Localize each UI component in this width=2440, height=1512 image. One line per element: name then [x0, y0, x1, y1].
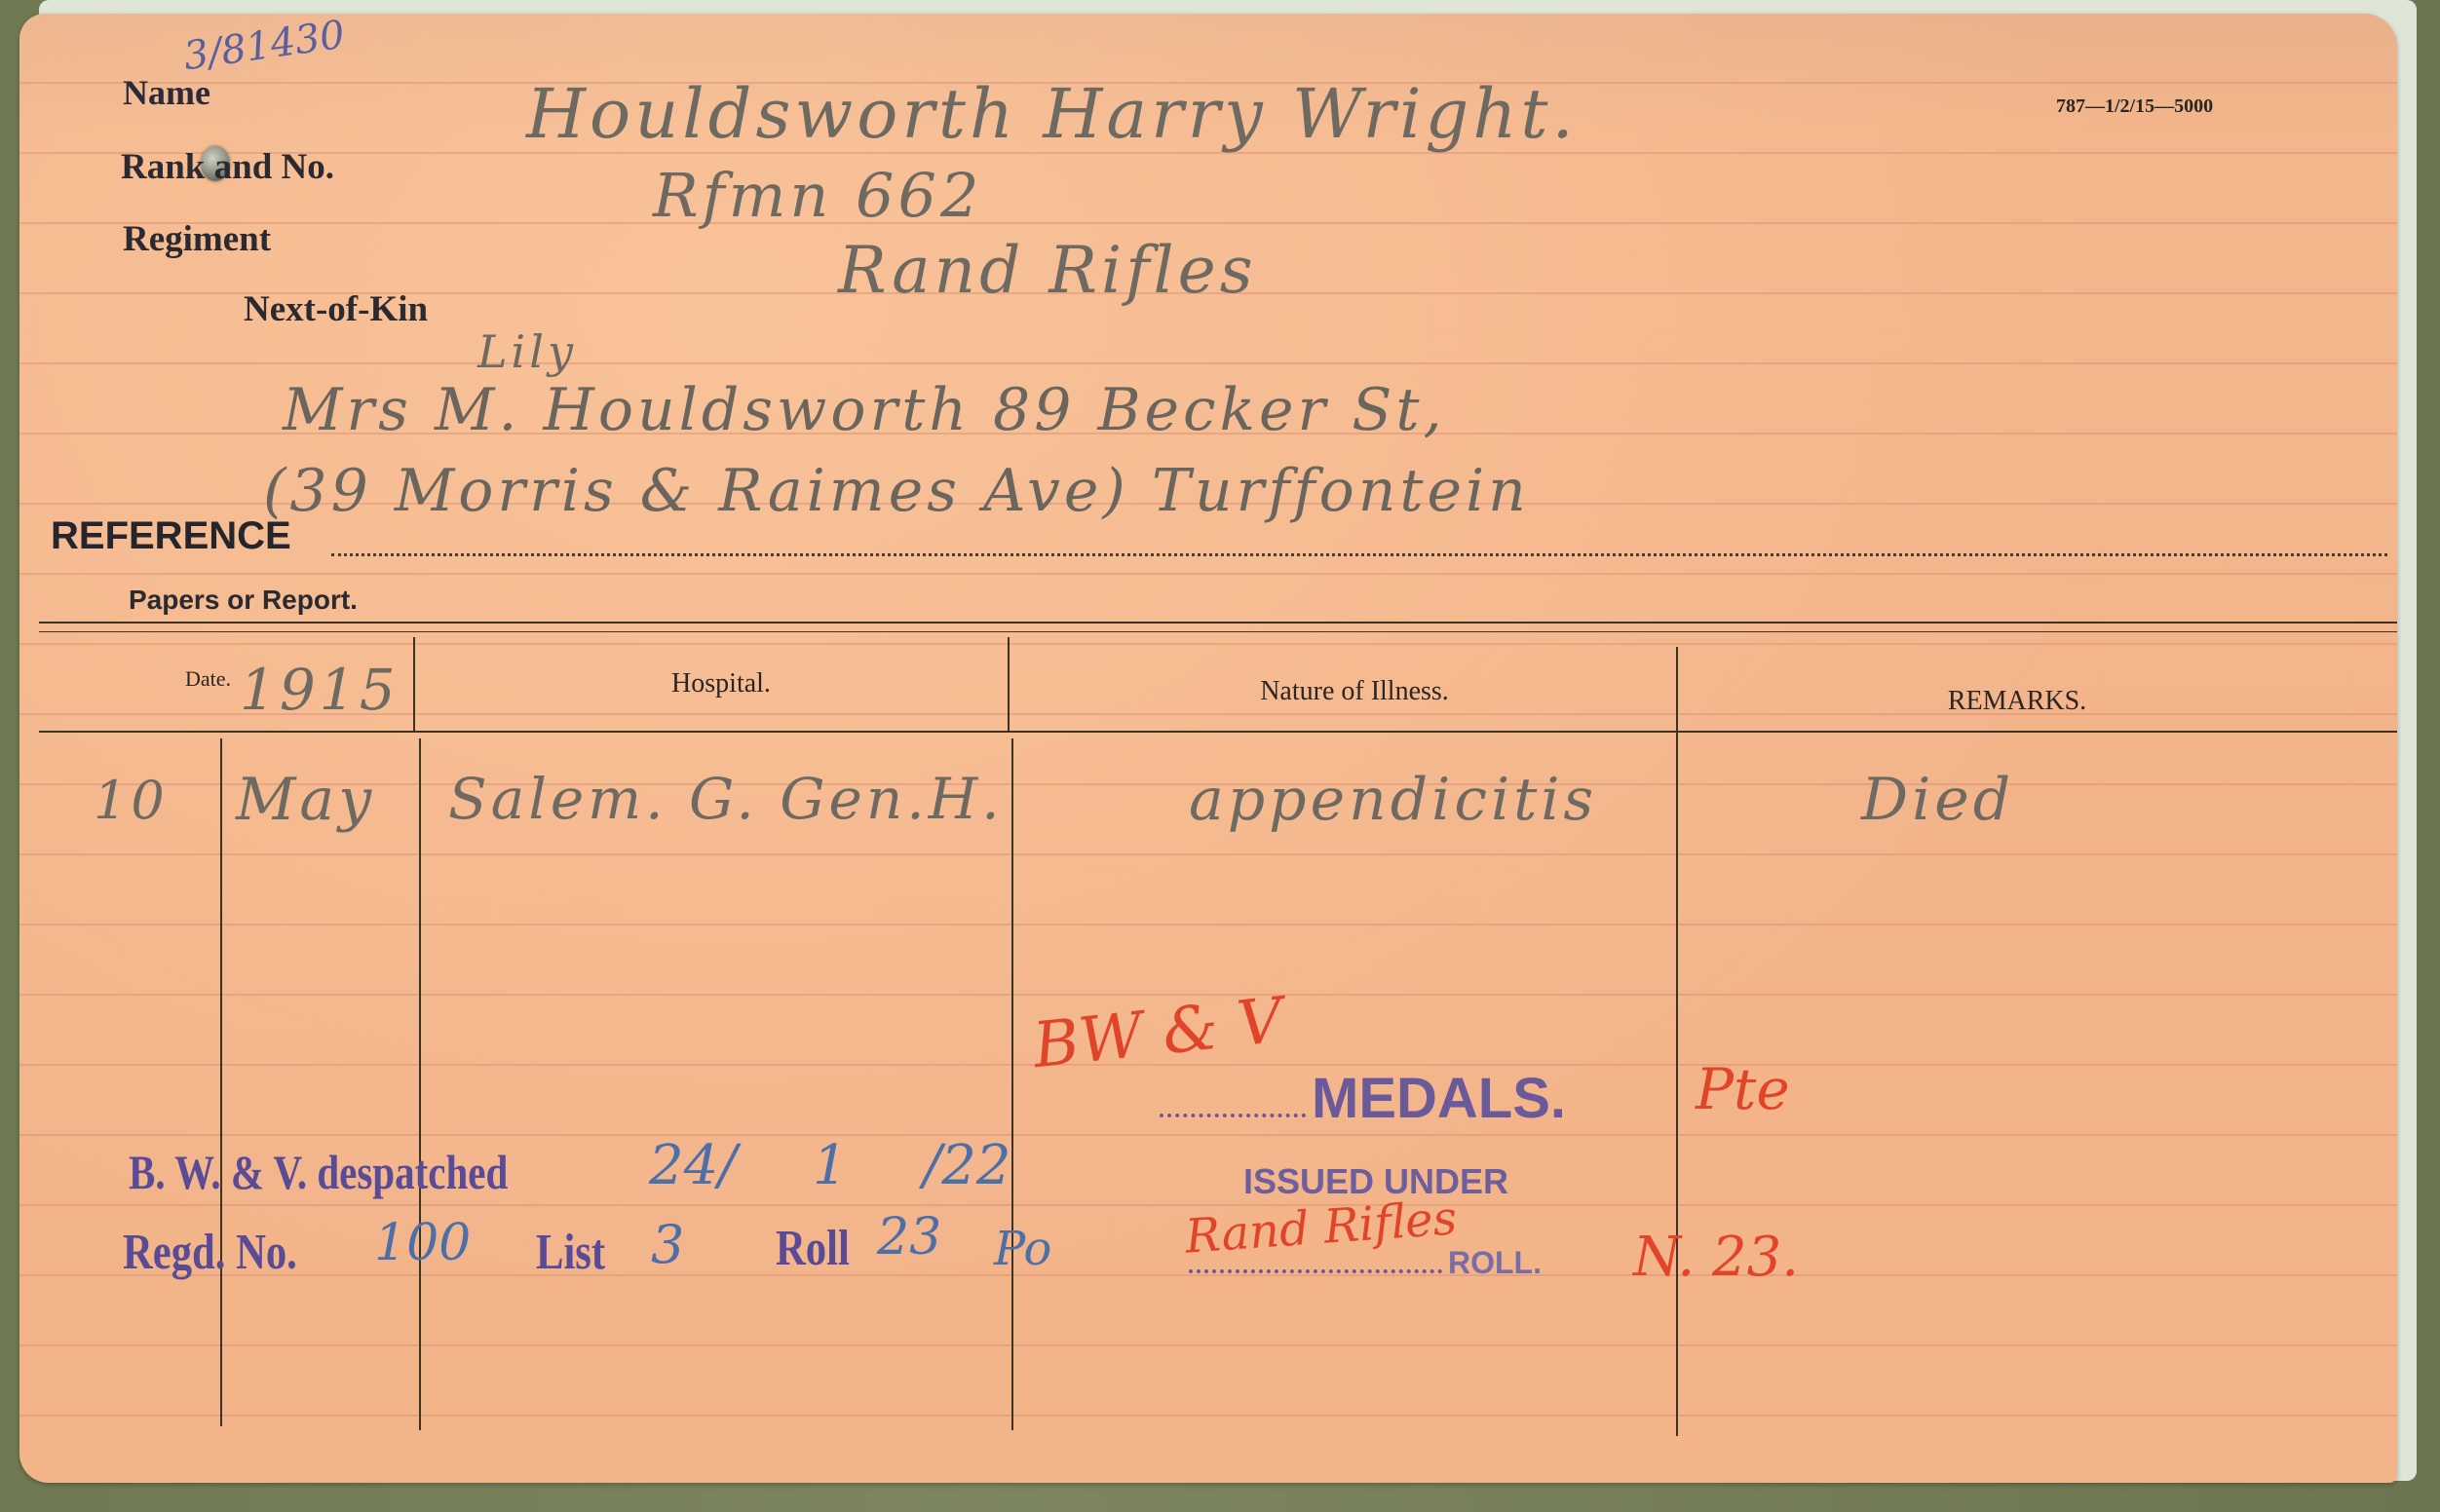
table-top-rule-2	[39, 631, 2397, 632]
next-of-kin-line2: (39 Morris & Raimes Ave) Turffontein	[263, 457, 1530, 525]
next-of-kin-first-name: Lily	[477, 325, 577, 378]
bwv-despatched-label: B. W. & V. despatched	[129, 1144, 508, 1200]
table-year: 1915	[240, 657, 400, 723]
reference-label: REFERENCE	[51, 514, 291, 558]
name-label: Name	[123, 72, 210, 113]
despatch-month: 1	[813, 1134, 848, 1197]
list-value: 3	[651, 1214, 684, 1275]
list-label: List	[536, 1224, 605, 1281]
next-of-kin-line1: Mrs M. Houldsworth 89 Becker St,	[283, 376, 1446, 444]
regd-no-value: 100	[374, 1214, 471, 1272]
col-divider-2-header	[1008, 637, 1010, 731]
roll-suffix: Po	[994, 1222, 1051, 1276]
index-number: 3/81430	[181, 13, 348, 80]
roll-text: ROLL.	[1448, 1245, 1542, 1280]
col-divider-day-month	[220, 738, 222, 1426]
col-divider-2	[1011, 738, 1013, 1430]
row-remarks: Died	[1861, 766, 2014, 834]
roll-dotted-fill	[1189, 1269, 1442, 1273]
col-divider-3-header	[1676, 647, 1678, 738]
regiment-value: Rand Rifles	[838, 233, 1257, 308]
medals-dotted-fill	[1160, 1114, 1306, 1117]
roll-number: N. 23.	[1633, 1226, 1799, 1289]
despatch-day: 24	[649, 1134, 718, 1197]
casualty-card: 3/81430 Name Rank and No. Regiment Next-…	[19, 14, 2397, 1483]
col-divider-3	[1676, 738, 1678, 1436]
col-divider-1-header	[413, 637, 415, 731]
next-of-kin-label: Next-of-Kin	[244, 288, 428, 330]
rank-label: Rank and No.	[121, 146, 334, 188]
table-header-rule	[39, 731, 2397, 733]
soldier-name: Houldsworth Harry Wright.	[526, 74, 1578, 154]
header-remarks: REMARKS.	[1871, 686, 2163, 717]
papers-label: Papers or Report.	[129, 585, 358, 616]
rank-note: Pte	[1696, 1056, 1790, 1122]
roll-label-despatch: Roll	[776, 1220, 850, 1277]
medals-label: MEDALS.	[1160, 1066, 1566, 1131]
row-illness: appendicitis	[1189, 766, 1597, 834]
regiment-label: Regiment	[123, 218, 271, 260]
medals-text: MEDALS.	[1312, 1067, 1566, 1130]
reference-dotted-line	[331, 553, 2387, 556]
header-illness: Nature of Illness.	[1169, 676, 1540, 707]
col-divider-1	[419, 738, 421, 1430]
header-date: Date.	[185, 666, 231, 692]
row-month: May	[236, 766, 375, 834]
table-top-rule	[39, 622, 2397, 624]
despatch-year: 22	[941, 1134, 1010, 1197]
roll-label: ROLL.	[1189, 1245, 1542, 1281]
despatch-date: 24/ 1 /22	[649, 1134, 1011, 1197]
rank-number-value: Rfmn 662	[653, 160, 982, 231]
row-day: 10	[94, 770, 169, 831]
roll-value: 23	[877, 1208, 941, 1266]
regd-no-label: Regd. No.	[123, 1224, 297, 1281]
header-hospital: Hospital.	[585, 668, 858, 699]
row-hospital: Salem. G. Gen.H.	[448, 766, 1004, 832]
form-code: 787—1/2/15—5000	[2056, 95, 2213, 118]
